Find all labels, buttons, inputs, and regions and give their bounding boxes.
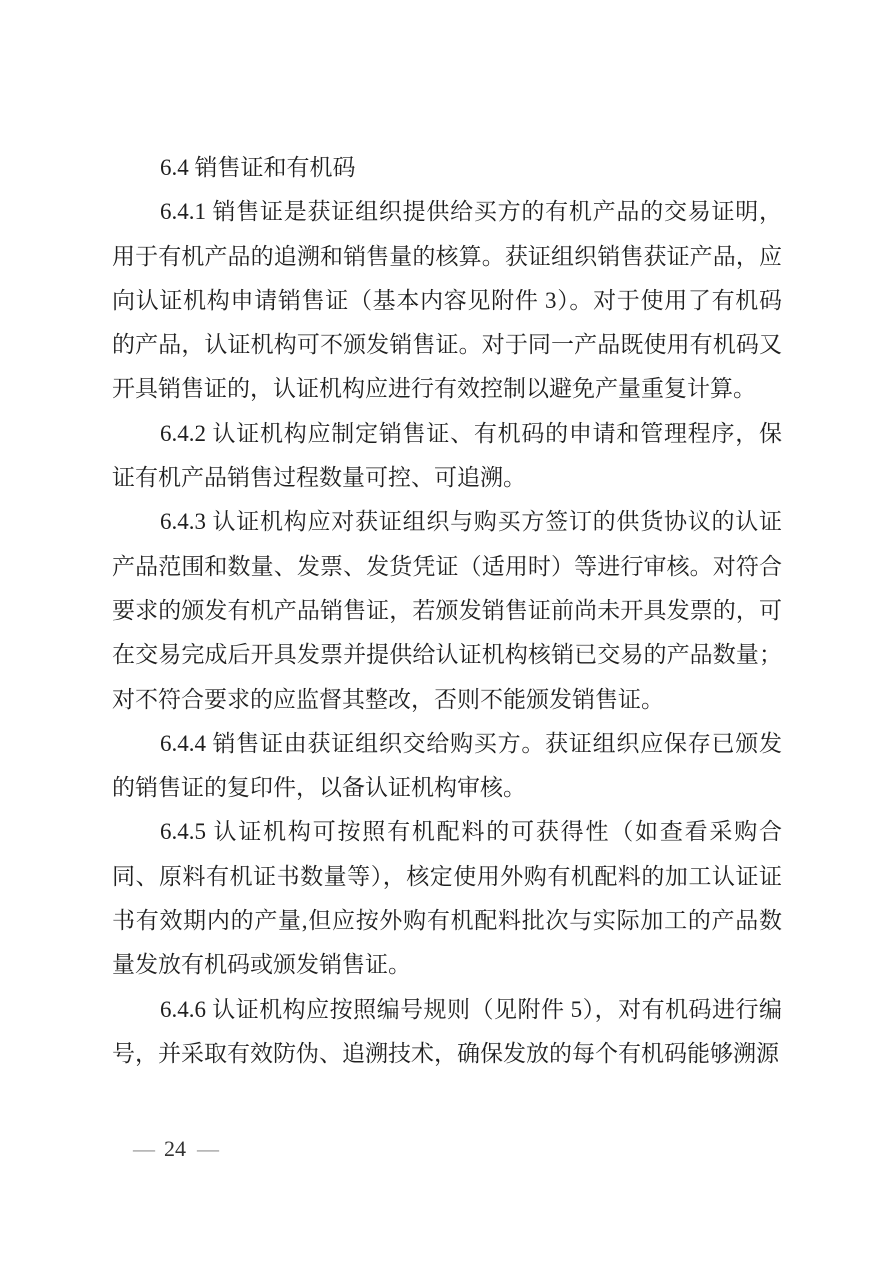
footer-left-dash: —	[133, 1134, 153, 1164]
clause-6.4.4: 6.4.4 销售证由获证组织交给购买方。获证组织应保存已颁发的销售证的复印件，以…	[112, 722, 782, 811]
document-body: 6.4 销售证和有机码 6.4.1 销售证是获证组织提供给买方的有机产品的交易证…	[112, 146, 782, 1076]
clause-6.4.6: 6.4.6 认证机构应按照编号规则（见附件 5），对有机码进行编号，并采取有效防…	[112, 988, 782, 1077]
footer-right-dash: —	[197, 1134, 217, 1164]
clause-6.4.5: 6.4.5 认证机构可按照有机配料的可获得性（如查看采购合同、原料有机证书数量等…	[112, 810, 782, 987]
document-page: 6.4 销售证和有机码 6.4.1 销售证是获证组织提供给买方的有机产品的交易证…	[0, 0, 892, 1262]
page-footer: — 24 —	[133, 1134, 217, 1164]
section-heading: 6.4 销售证和有机码	[112, 146, 782, 190]
page-number: 24	[164, 1134, 186, 1164]
clause-6.4.1: 6.4.1 销售证是获证组织提供给买方的有机产品的交易证明，用于有机产品的追溯和…	[112, 190, 782, 411]
clause-6.4.2: 6.4.2 认证机构应制定销售证、有机码的申请和管理程序，保证有机产品销售过程数…	[112, 412, 782, 501]
clause-6.4.3: 6.4.3 认证机构应对获证组织与购买方签订的供货协议的认证产品范围和数量、发票…	[112, 500, 782, 721]
clause-list: 6.4.1 销售证是获证组织提供给买方的有机产品的交易证明，用于有机产品的追溯和…	[112, 190, 782, 1076]
